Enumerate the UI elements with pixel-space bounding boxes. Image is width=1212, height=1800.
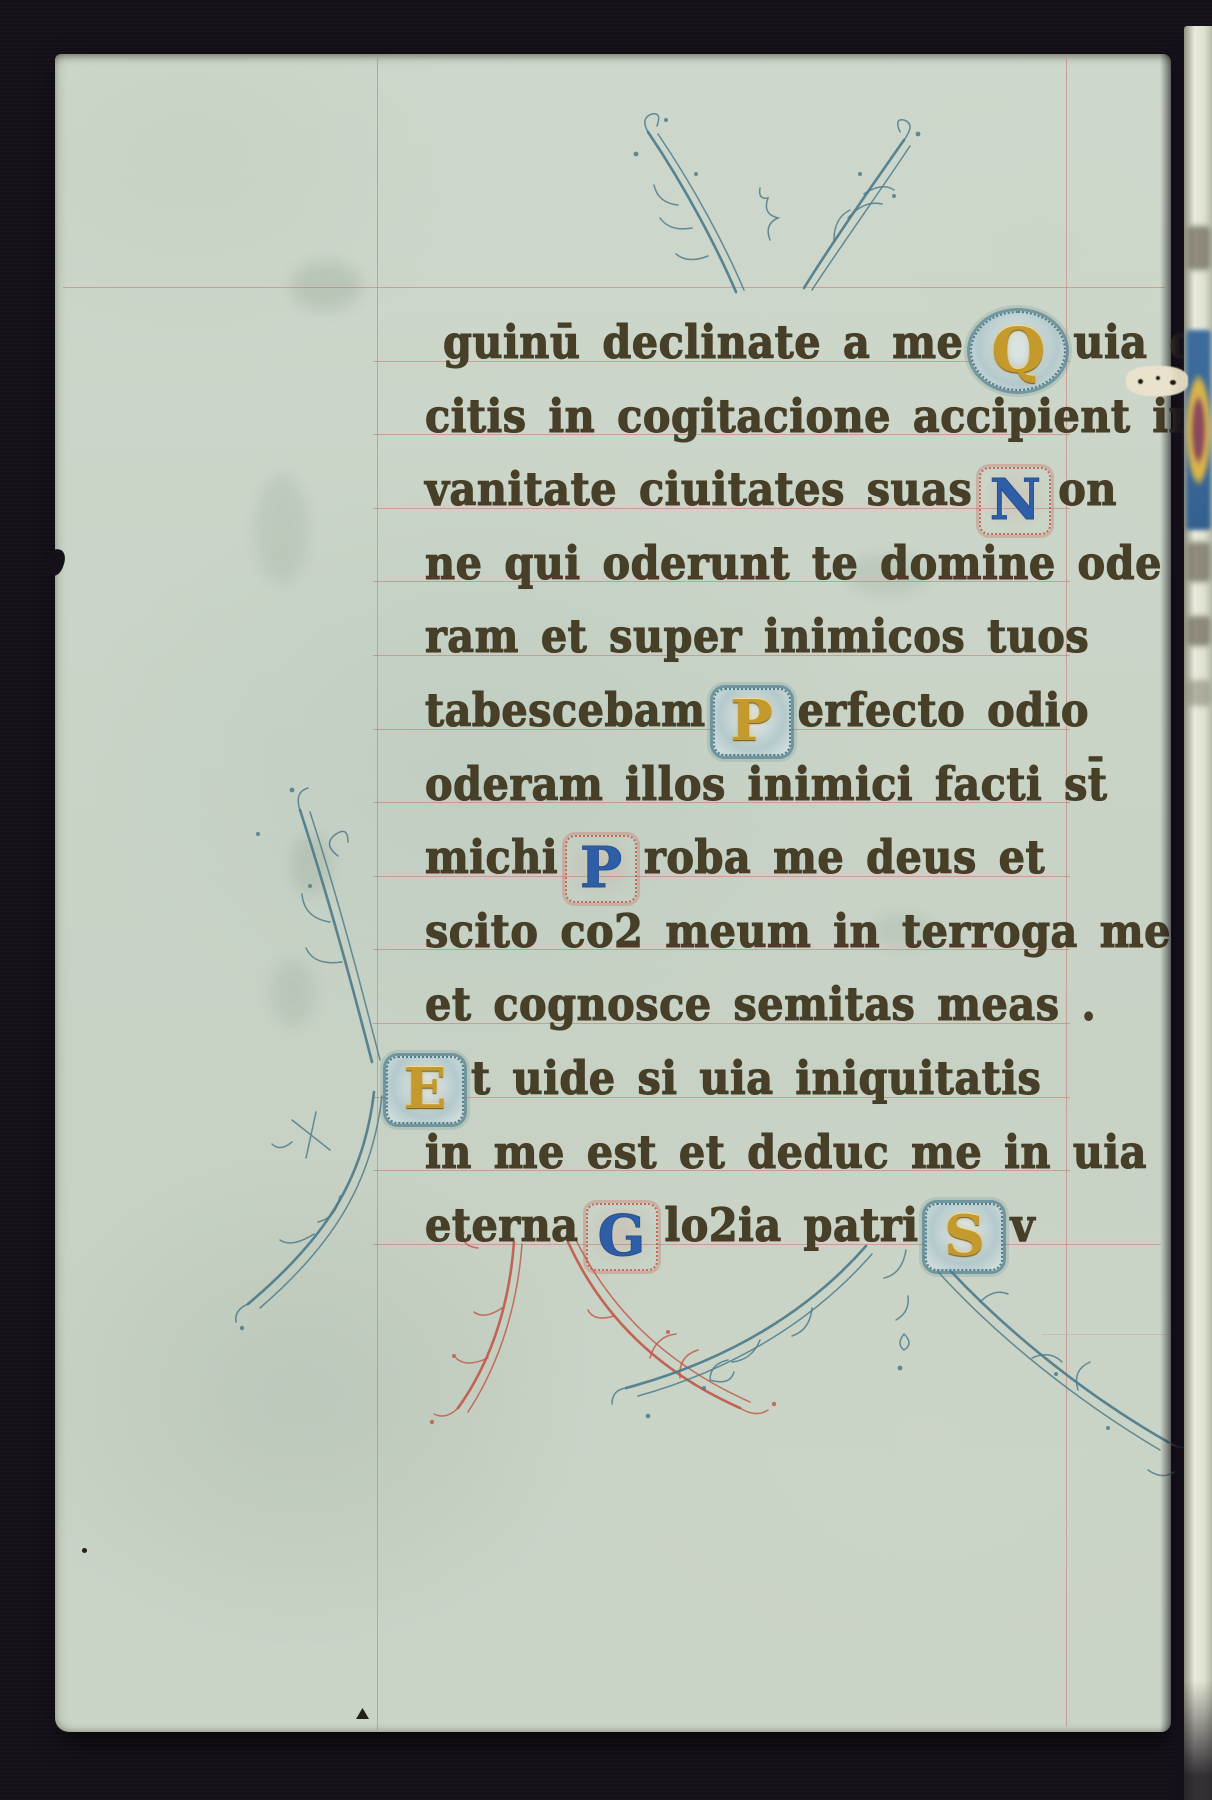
illuminated-initial-Q: Q xyxy=(970,311,1066,391)
text-segment: vanitate ciuitates suas xyxy=(425,462,972,516)
fore-edge-text-smudge xyxy=(1188,680,1210,706)
penwork-flourish-top-sprays xyxy=(608,110,938,296)
fore-edge-illuminated-initial xyxy=(1186,330,1211,530)
illuminated-initial-G: G xyxy=(586,1203,658,1271)
page-edge-tear xyxy=(1126,366,1188,396)
facing-folio-fore-edge xyxy=(1184,26,1212,1800)
text-segment: citis in cogitacione accipient in xyxy=(425,389,1199,443)
manuscript-line: tabescebamPerfecto odio xyxy=(425,674,1135,748)
text-segment: erfecto odio xyxy=(798,683,1089,737)
manuscript-line: guinū declinate a meQuia di xyxy=(443,306,1135,380)
text-segment: guinū declinate a me xyxy=(443,315,963,369)
text-segment: oderam illos inimici facti st̄ xyxy=(425,757,1107,811)
text-segment: eterna xyxy=(425,1198,579,1252)
manuscript-line: vanitate ciuitates suasNon xyxy=(425,453,1135,527)
illuminated-initial-P: P xyxy=(713,688,791,756)
text-segment: scito co2 meum in terroga me xyxy=(425,904,1171,958)
manuscript-line: ram et super inimicos tuos xyxy=(425,600,1135,674)
manuscript-line: scito co2 meum in terroga me xyxy=(425,895,1135,969)
gutter-shadow xyxy=(1160,40,1186,1800)
manuscript-line: michiProba me deus et xyxy=(425,821,1135,895)
manuscript-line: et cognosce semitas meas . xyxy=(425,968,1135,1042)
text-segment: on xyxy=(1058,462,1117,516)
illuminated-initial-S: S xyxy=(925,1203,1003,1271)
manuscript-line: ne qui oderunt te domine ode xyxy=(425,527,1135,601)
fore-edge-text-smudge xyxy=(1188,542,1210,582)
fore-edge-text-smudge xyxy=(1188,226,1210,270)
manuscript-page: guinū declinate a meQuia dicitis in cogi… xyxy=(55,54,1171,1732)
illuminated-initial-E: E xyxy=(386,1056,464,1124)
illuminated-initial-P: P xyxy=(565,835,637,903)
manuscript-line: oderam illos inimici facti st̄ xyxy=(425,748,1135,822)
text-segment: v xyxy=(1010,1198,1035,1252)
manuscript-line: Et uide si uia iniquitatis xyxy=(379,1042,1135,1116)
text-segment: et cognosce semitas meas . xyxy=(425,977,1096,1031)
text-block: guinū declinate a meQuia dicitis in cogi… xyxy=(425,306,1135,1263)
text-segment: lo2ia patri xyxy=(665,1198,919,1252)
penwork-flourish-left-margin xyxy=(222,756,392,1336)
illuminated-initial-N: N xyxy=(979,467,1051,535)
text-segment: ne qui oderunt te domine ode xyxy=(425,536,1162,590)
show-through-mark xyxy=(255,474,309,584)
text-segment: in me est et deduc me in uia xyxy=(425,1125,1147,1179)
text-segment: ram et super inimicos tuos xyxy=(425,609,1089,663)
show-through-mark xyxy=(290,262,362,310)
fore-edge-bottom-shadow xyxy=(1184,1680,1212,1800)
penwork-flourish-bottom-sprays xyxy=(608,1238,1200,1498)
text-segment: roba me deus et xyxy=(644,830,1045,884)
photo-of-manuscript-opening: { "scene": { "description": "Photograph … xyxy=(0,0,1212,1800)
text-segment: tabescebam xyxy=(425,683,706,737)
dark-speck xyxy=(82,1548,87,1553)
text-segment: t uide si uia iniquitatis xyxy=(471,1051,1041,1105)
text-segment: michi xyxy=(425,830,558,884)
manuscript-line: eternaGlo2ia patriSv xyxy=(425,1189,1135,1263)
manuscript-line: citis in cogitacione accipient in xyxy=(425,380,1135,454)
manuscript-line: in me est et deduc me in uia xyxy=(425,1116,1135,1190)
fore-edge-text-smudge xyxy=(1188,616,1210,646)
